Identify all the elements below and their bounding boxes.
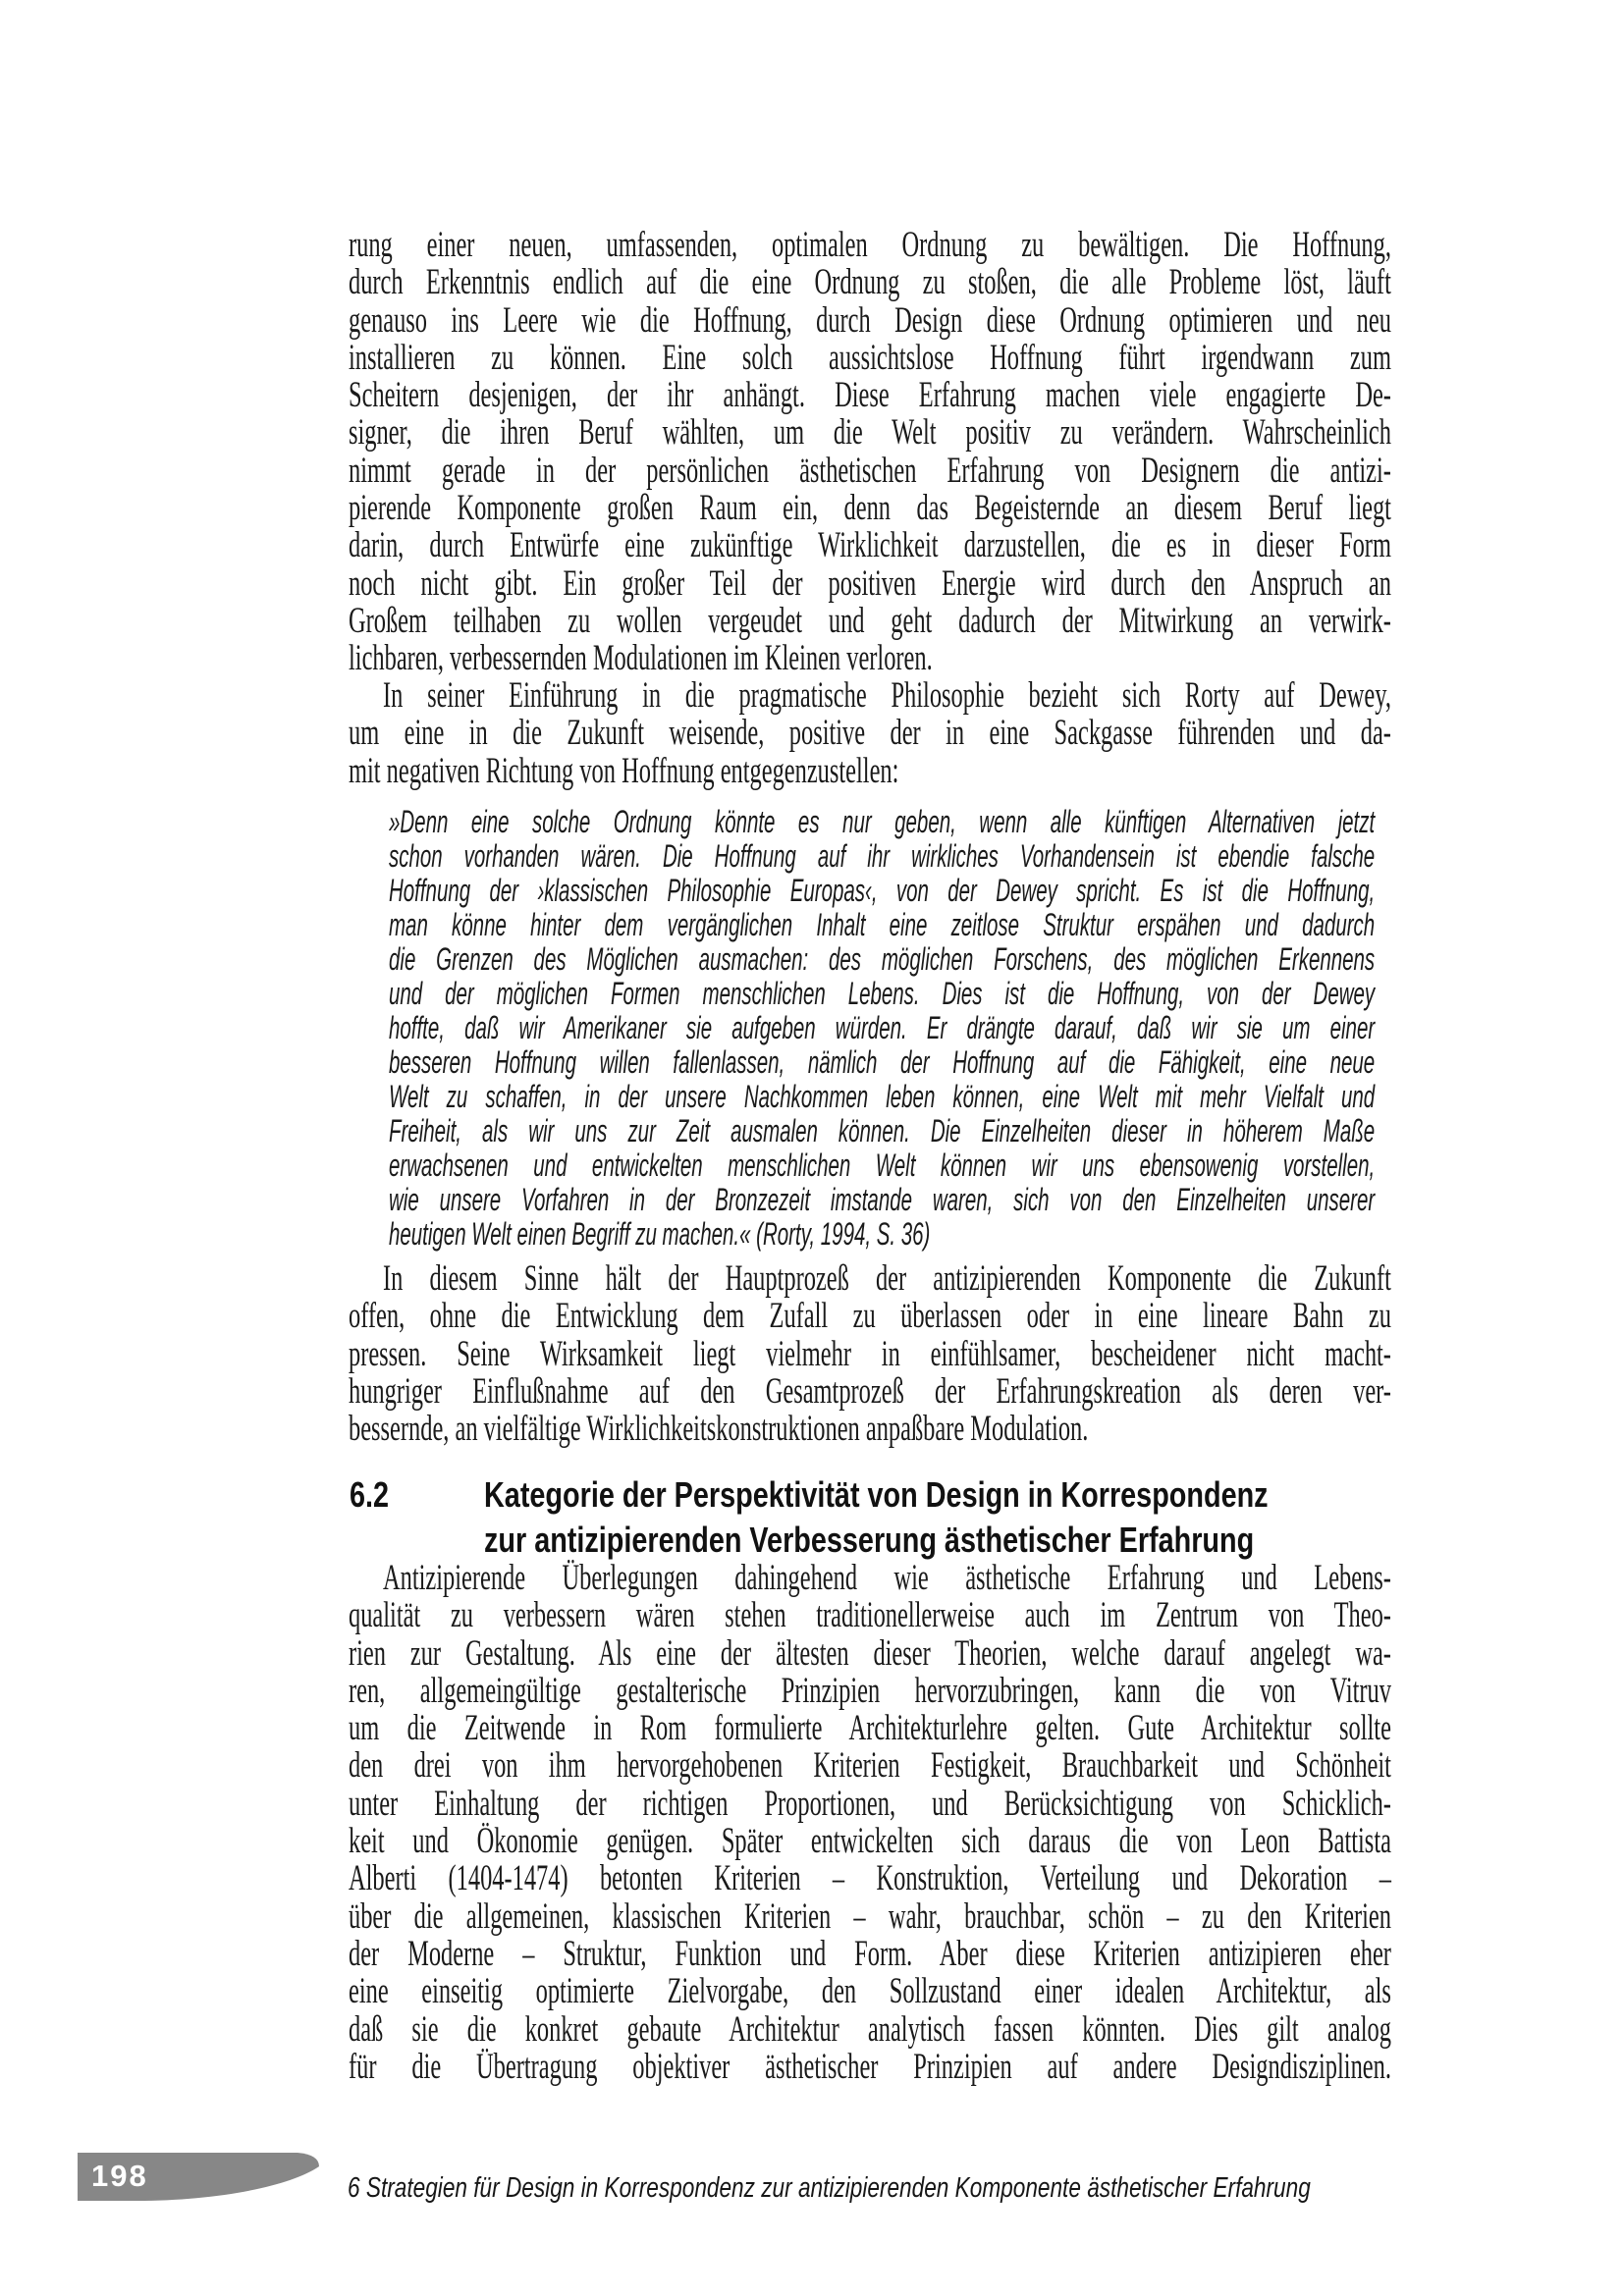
p3-line-1: In diesem Sinne hält der Hauptprozeß der… — [349, 1260, 1391, 1298]
p4-line-11: der Moderne – Struktur, Funktion und For… — [349, 1936, 1391, 1973]
p3-line-2: offen, ohne die Entwicklung dem Zufall z… — [349, 1298, 1391, 1335]
p1-line-7: nimmt gerade in der persönlichen ästheti… — [349, 453, 1391, 490]
p4-line-3: rien zur Gestaltung. Als eine der ältest… — [349, 1635, 1391, 1673]
p4-line-14: für die Übertragung objektiver ästhetisc… — [349, 2049, 1391, 2086]
p4-line-8: keit und Ökonomie genügen. Später entwic… — [349, 1823, 1391, 1860]
p2-line-1: In seiner Einführung in die pragmatische… — [349, 677, 1391, 715]
p4-line-7: unter Einhaltung der richtigen Proportio… — [349, 1786, 1391, 1823]
p1-line-12: lichbaren, verbessernden Modulationen im… — [349, 640, 1391, 677]
paragraph-main-process: In diesem Sinne hält der Hauptprozeß der… — [349, 1260, 1623, 1448]
paragraph-rorty-intro: In seiner Einführung in die pragmatische… — [349, 677, 1623, 790]
p1-line-1: rung einer neuen, umfassenden, optimalen… — [349, 227, 1391, 264]
p4-line-10: über die allgemeinen, klassischen Kriter… — [349, 1898, 1391, 1936]
p4-line-6: den drei von ihm hervorgehobenen Kriteri… — [349, 1747, 1391, 1785]
book-page: rung einer neuen, umfassenden, optimalen… — [0, 0, 1623, 2296]
p1-line-8: pierende Komponente großen Raum ein, den… — [349, 490, 1391, 527]
p2-line-2: um eine in die Zukunft weisende, positiv… — [349, 715, 1391, 752]
p1-line-10: noch nicht gibt. Ein großer Teil der pos… — [349, 565, 1391, 603]
quote-line-8: besseren Hoffnung willen fallenlassen, n… — [389, 1045, 1375, 1080]
quote-line-10: Freiheit, als wir uns zur Zeit ausmalen … — [389, 1114, 1375, 1148]
p4-line-4: ren, allgemeingültige gestalterische Pri… — [349, 1673, 1391, 1710]
quote-line-5: die Grenzen des Möglichen ausmachen: des… — [389, 942, 1375, 977]
quote-line-11: erwachsenen und entwickelten menschliche… — [389, 1148, 1375, 1183]
section-heading: Kategorie der Perspektivität von Design … — [484, 1472, 1464, 1563]
quote-line-4: man könne hinter dem vergänglichen Inhal… — [389, 908, 1375, 942]
quote-line-12: wie unsere Vorfahren in der Bronzezeit i… — [389, 1183, 1375, 1217]
p4-line-2: qualität zu verbessern wären stehen trad… — [349, 1597, 1391, 1634]
p1-line-2: durch Erkenntnis endlich auf die eine Or… — [349, 264, 1391, 301]
p4-line-9: Alberti (1404-1474) betonten Kriterien –… — [349, 1860, 1391, 1897]
p2-line-3: mit negativen Richtung von Hoffnung entg… — [349, 753, 1391, 790]
quote-line-3: Hoffnung der ›klassischen Philosophie Eu… — [389, 874, 1375, 908]
p3-line-5: bessernde, an vielfältige Wirklichkeitsk… — [349, 1411, 1391, 1448]
quote-line-1: »Denn eine solche Ordnung könnte es nur … — [389, 805, 1375, 839]
p1-line-6: signer, die ihren Beruf wählten, um die … — [349, 414, 1391, 452]
p4-line-13: daß sie die konkret gebaute Architektur … — [349, 2011, 1391, 2049]
paragraph-section-body: Antizipierende Überlegungen dahingehend … — [349, 1560, 1623, 2086]
p1-line-11: Großem teilhaben zu wollen vergeudet und… — [349, 603, 1391, 640]
p4-line-5: um die Zeitwende in Rom formulierte Arch… — [349, 1710, 1391, 1747]
quote-line-2: schon vorhanden wären. Die Hoffnung auf … — [389, 839, 1375, 874]
quote-line-7: hoffte, daß wir Amerikaner sie aufgeben … — [389, 1011, 1375, 1045]
running-footer-caption: 6 Strategien für Design in Korrespondenz… — [348, 2171, 1311, 2205]
section-number: 6.2 — [350, 1472, 389, 1518]
p4-line-1: Antizipierende Überlegungen dahingehend … — [349, 1560, 1391, 1597]
p4-line-12: eine einseitig optimierte Zielvorgabe, d… — [349, 1973, 1391, 2010]
paragraph-continuation: rung einer neuen, umfassenden, optimalen… — [349, 227, 1623, 678]
p1-line-3: genauso ins Leere wie die Hoffnung, durc… — [349, 302, 1391, 340]
quote-line-13: heutigen Welt einen Begriff zu machen.« … — [389, 1217, 1375, 1252]
block-quote-rorty: »Denn eine solche Ordnung könnte es nur … — [389, 805, 1623, 1252]
p1-line-9: darin, durch Entwürfe eine zukünftige Wi… — [349, 527, 1391, 564]
page-number: 198 — [91, 2159, 148, 2194]
quote-line-6: und der möglichen Formen menschlichen Le… — [389, 977, 1375, 1011]
section-heading-line-2: zur antizipierenden Verbesserung ästheti… — [484, 1518, 1269, 1563]
p3-line-3: pressen. Seine Wirksamkeit liegt vielmeh… — [349, 1336, 1391, 1373]
p1-line-5: Scheitern desjenigen, der ihr anhängt. D… — [349, 377, 1391, 414]
p1-line-4: installieren zu können. Eine solch aussi… — [349, 340, 1391, 377]
quote-line-9: Welt zu schaffen, in der unsere Nachkomm… — [389, 1080, 1375, 1114]
section-heading-line-1: Kategorie der Perspektivität von Design … — [484, 1472, 1269, 1518]
p3-line-4: hungriger Einflußnahme auf den Gesamtpro… — [349, 1373, 1391, 1411]
